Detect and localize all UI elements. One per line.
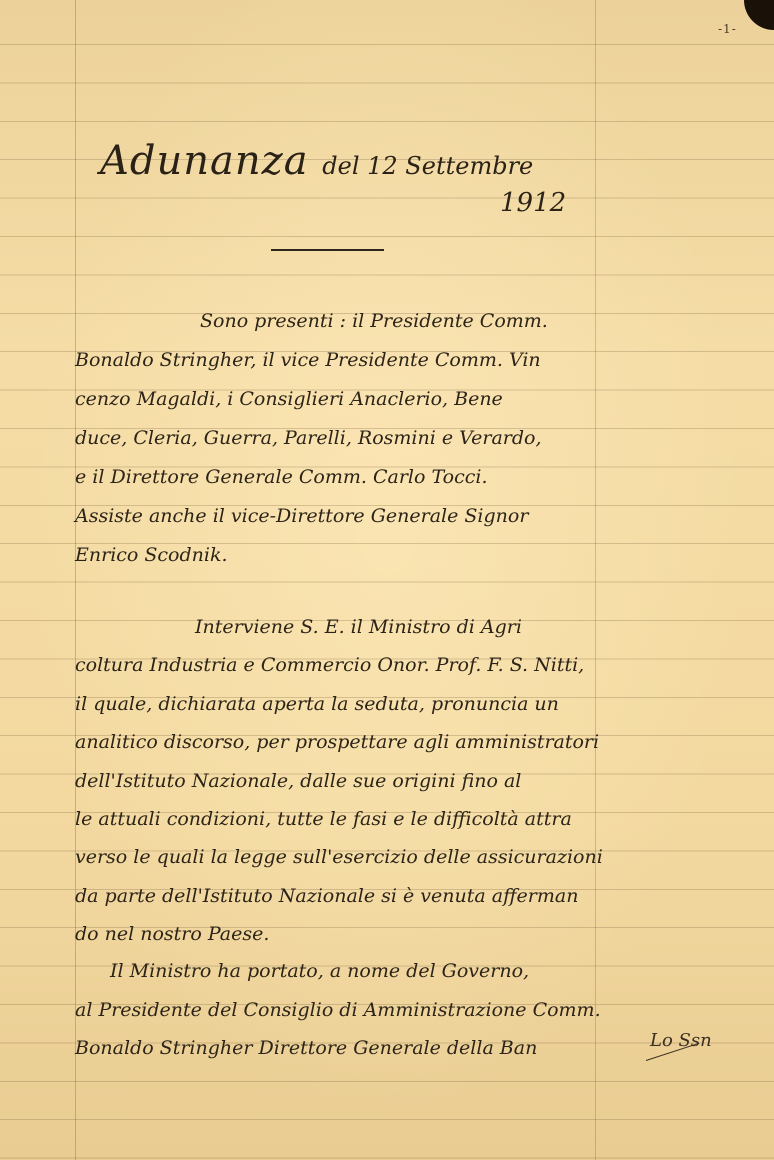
text-line: coltura Industria e Commercio Onor. Prof… [75, 654, 584, 676]
text-line: il quale, dichiarata aperta la seduta, p… [75, 693, 559, 715]
text-line: da parte dell'Istituto Nazionale si è ve… [75, 885, 578, 907]
text-line: duce, Cleria, Guerra, Parelli, Rosmini e… [75, 427, 542, 449]
left-margin-line [75, 0, 76, 1160]
manuscript-page: -1- Adunanza del 12 Settembre 1912 Sono … [0, 0, 774, 1160]
text-line: analitico discorso, per prospettare agli… [75, 731, 599, 753]
text-line: e il Direttore Generale Comm. Carlo Tocc… [75, 466, 488, 488]
text-line: cenzo Magaldi, i Consiglieri Anaclerio, … [75, 388, 503, 410]
text-line: al Presidente del Consiglio di Amministr… [75, 999, 601, 1021]
title-word: Adunanza [100, 138, 309, 184]
text-line: dell'Istituto Nazionale, dalle sue origi… [75, 770, 521, 792]
text-line: Bonaldo Stringher, il vice Presidente Co… [75, 349, 541, 371]
page-number: -1- [718, 22, 737, 36]
text-line: Assiste anche il vice-Direttore Generale… [75, 505, 528, 527]
text-line: Interviene S. E. il Ministro di Agri [195, 616, 522, 638]
text-line: Sono presenti : il Presidente Comm. [200, 310, 548, 332]
text-line: do nel nostro Paese. [75, 923, 269, 945]
text-line: Enrico Scodnik. [75, 544, 228, 566]
title-underline [271, 249, 384, 251]
title-year: 1912 [500, 188, 566, 218]
text-line: verso le quali la legge sull'esercizio d… [75, 846, 603, 868]
page-title: Adunanza del 12 Settembre [100, 138, 533, 184]
text-line: Il Ministro ha portato, a nome del Gover… [110, 960, 529, 982]
text-line: le attuali condizioni, tutte le fasi e l… [75, 808, 572, 830]
title-date: del 12 Settembre [322, 152, 533, 180]
right-margin-line [595, 0, 596, 1160]
text-line: Bonaldo Stringher Direttore Generale del… [75, 1037, 537, 1059]
